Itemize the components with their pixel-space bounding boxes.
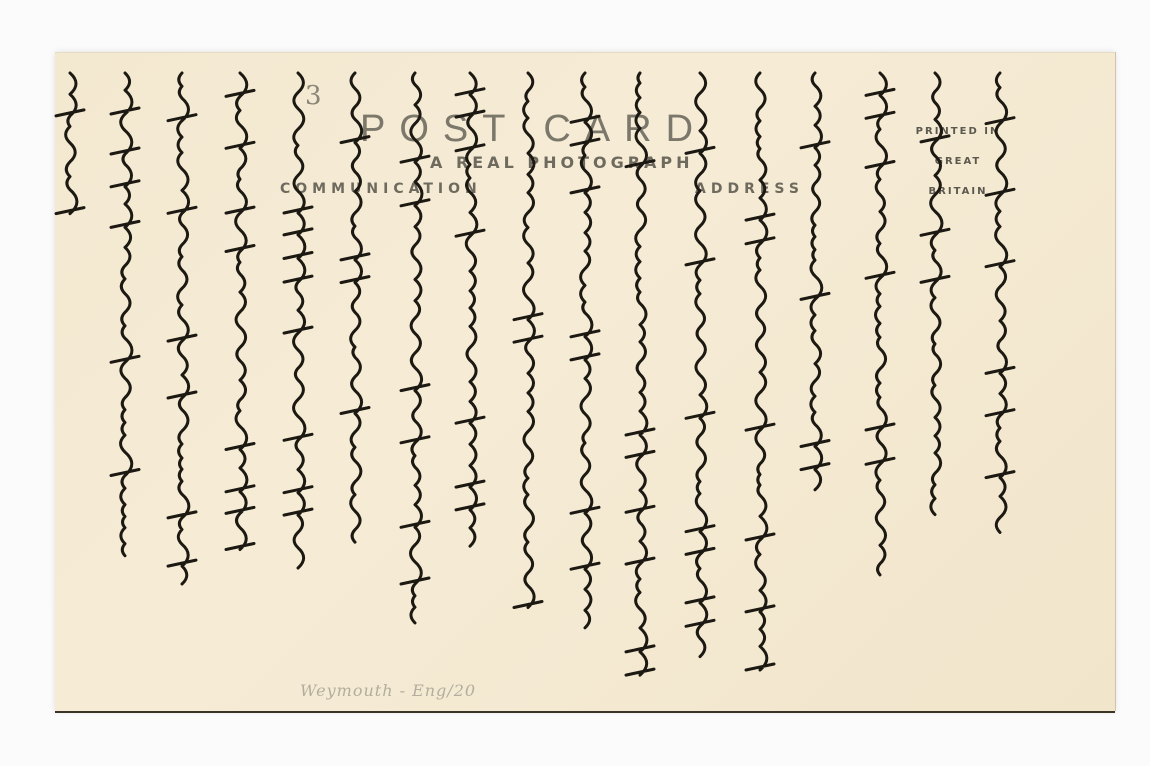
- handwriting-line: [105, 53, 145, 711]
- handwriting-line: [565, 53, 605, 711]
- handwriting-line: [620, 53, 660, 711]
- handwriting-line: [860, 53, 900, 711]
- handwriting-line: [50, 53, 90, 711]
- handwriting-line: [680, 53, 720, 711]
- postcard-back: 3 POST CARD A REAL PHOTOGRAPH COMMUNICAT…: [55, 52, 1115, 711]
- handwriting-line: [508, 53, 548, 711]
- handwriting-line: [915, 53, 955, 711]
- handwriting-line: [220, 53, 260, 711]
- handwriting-line: [395, 53, 435, 711]
- handwriting-line: [335, 53, 375, 711]
- handwriting-line: [278, 53, 318, 711]
- handwriting-line: [450, 53, 490, 711]
- handwriting-line: [980, 53, 1020, 711]
- handwriting-line: [740, 53, 780, 711]
- handwriting-line: [162, 53, 202, 711]
- handwriting-line: [795, 53, 835, 711]
